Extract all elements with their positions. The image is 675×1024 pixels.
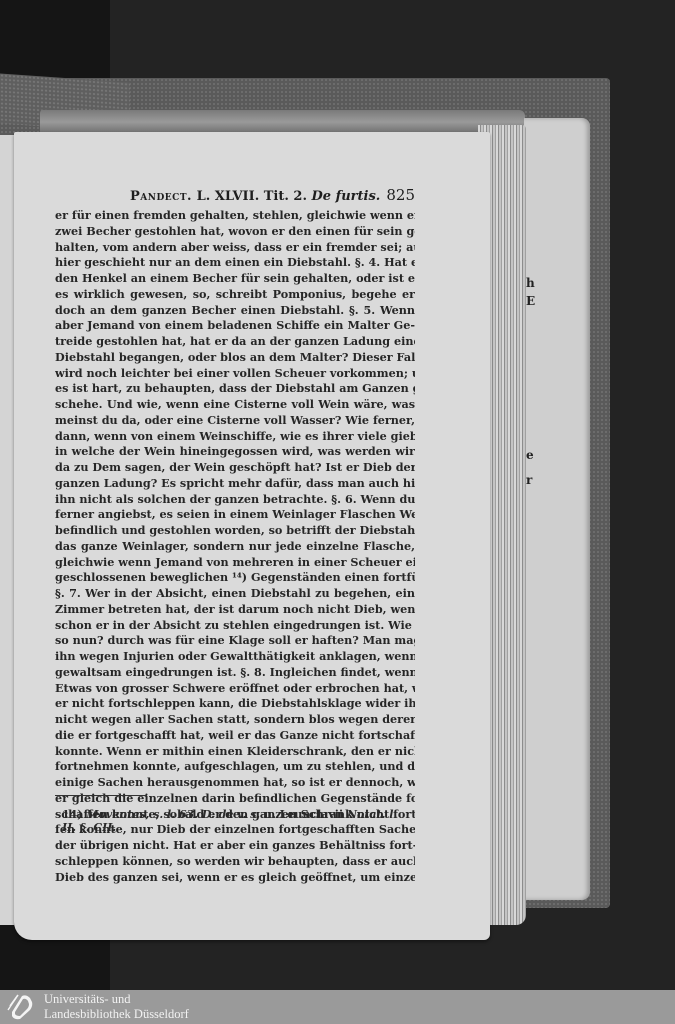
text-line: es ist hart, zu behaupten, dass der Dieb…: [55, 381, 415, 397]
text-line: hier geschieht nur an dem einen ein Dieb…: [55, 255, 415, 271]
text-line: Etwas von grosser Schwere eröffnet oder …: [55, 681, 415, 697]
endpaper-mark: e: [526, 448, 534, 462]
text-line: ihn nicht als solchen der ganzen betrach…: [55, 492, 415, 508]
text-line: konnte. Wenn er mithin einen Kleiderschr…: [55, 744, 415, 760]
text-line: gewaltsam eingedrungen ist. §. 8. Inglei…: [55, 665, 415, 681]
text-line: aber Jemand von einem beladenen Schiffe …: [55, 318, 415, 334]
endpaper-mark: r: [526, 473, 532, 487]
text-line: §. 7. Wer in der Absicht, einen Diebstah…: [55, 586, 415, 602]
text-line: ihn wegen Injurien oder Gewaltthätigkeit…: [55, 649, 415, 665]
text-line: schehe. Und wie, wenn eine Cisterne voll…: [55, 397, 415, 413]
text-line: geschlossenen beweglichen ¹⁴) Gegenständ…: [55, 570, 415, 586]
footnote-marker: 14): [62, 808, 83, 821]
text-line: ganzen Ladung? Es spricht mehr dafür, da…: [55, 476, 415, 492]
text-line: es wirklich gewesen, so, schreibt Pompon…: [55, 287, 415, 303]
text-line: meinst du da, oder eine Cisterne voll Wa…: [55, 413, 415, 429]
text-line: der übrigen nicht. Hat er aber ein ganze…: [55, 838, 415, 854]
running-head-book: Pandect.: [130, 189, 192, 204]
text-line: doch an dem ganzen Becher einen Diebstah…: [55, 303, 415, 319]
text-line: treide gestohlen hat, hat er da an der g…: [55, 334, 415, 350]
text-line: da zu Dem sagen, der Wein geschöpft hat?…: [55, 460, 415, 476]
text-line: gleichwie wenn Jemand von mehreren in ei…: [55, 555, 415, 571]
text-line: Diebstahl begangen, oder blos an dem Mal…: [55, 350, 415, 366]
text-line: den Henkel an einem Becher für sein geha…: [55, 271, 415, 287]
text-line: das ganze Weinlager, sondern nur jede ei…: [55, 539, 415, 555]
footnote-rule: [55, 795, 147, 796]
body-text: er für einen fremden gehalten, stehlen, …: [55, 208, 415, 885]
text-line: zwei Becher gestohlen hat, wovon er den …: [55, 224, 415, 240]
text-line: Dieb des ganzen sei, wenn er es gleich g…: [55, 870, 415, 886]
text-line: fortnehmen konnte, aufgeschlagen, um zu …: [55, 759, 415, 775]
text-line: dann, wenn von einem Weinschiffe, wie es…: [55, 429, 415, 445]
text-line: er gleich die einzelnen darin befindlich…: [55, 791, 415, 807]
text-line: er nicht fortschleppen kann, die Diebsta…: [55, 696, 415, 712]
page-number: 825: [386, 186, 415, 204]
text-line: befindlich und gestohlen worden, so betr…: [55, 523, 415, 539]
text-line: halten, vom andern aber weiss, dass er e…: [55, 240, 415, 256]
footer-bar: Universitäts- und Landesbibliothek Düsse…: [0, 990, 675, 1024]
library-name-line2: Landesbibliothek Düsseldorf: [44, 1007, 189, 1022]
footnote: 14) Moventes, s. l. 63. D. de v. s. u. L…: [62, 808, 414, 834]
text-line: in welche der Wein hineingegossen wird, …: [55, 444, 415, 460]
footnote-citation-2: u. Leunclavii: [260, 808, 347, 821]
running-head: Pandect. L. XLVII. Tit. 2. De furtis. 82…: [130, 186, 415, 204]
text-line: schleppen können, so werden wir behaupte…: [55, 854, 415, 870]
ulb-duesseldorf-logo-icon[interactable]: [6, 992, 36, 1022]
endpaper-mark: h: [526, 276, 535, 290]
running-head-title: De furtis.: [312, 189, 381, 204]
text-line: wird noch leichter bei einer vollen Sche…: [55, 366, 415, 382]
text-line: er für einen fremden gehalten, stehlen, …: [55, 208, 415, 224]
running-head-section: L. XLVII. Tit. 2.: [197, 189, 307, 204]
endpaper: h E e r: [524, 118, 590, 900]
footnote-citation-1: Moventes, s. l. 63. D. de v. s.: [86, 808, 260, 821]
text-line: schon er in der Absicht zu stehlen einge…: [55, 618, 415, 634]
text-line: ferner angiebst, es seien in einem Weinl…: [55, 507, 415, 523]
library-name[interactable]: Universitäts- und Landesbibliothek Düsse…: [44, 992, 189, 1022]
text-line: nicht wegen aller Sachen statt, sondern …: [55, 712, 415, 728]
library-name-line1: Universitäts- und: [44, 992, 189, 1007]
text-line: einige Sachen herausgenommen hat, so ist…: [55, 775, 415, 791]
text-line: Zimmer betreten hat, der ist darum noch …: [55, 602, 415, 618]
left-page-edge: [0, 135, 15, 925]
text-line: so nun? durch was für eine Klage soll er…: [55, 633, 415, 649]
text-line: die er fortgeschafft hat, weil er das Ga…: [55, 728, 415, 744]
endpaper-mark: E: [526, 294, 535, 308]
